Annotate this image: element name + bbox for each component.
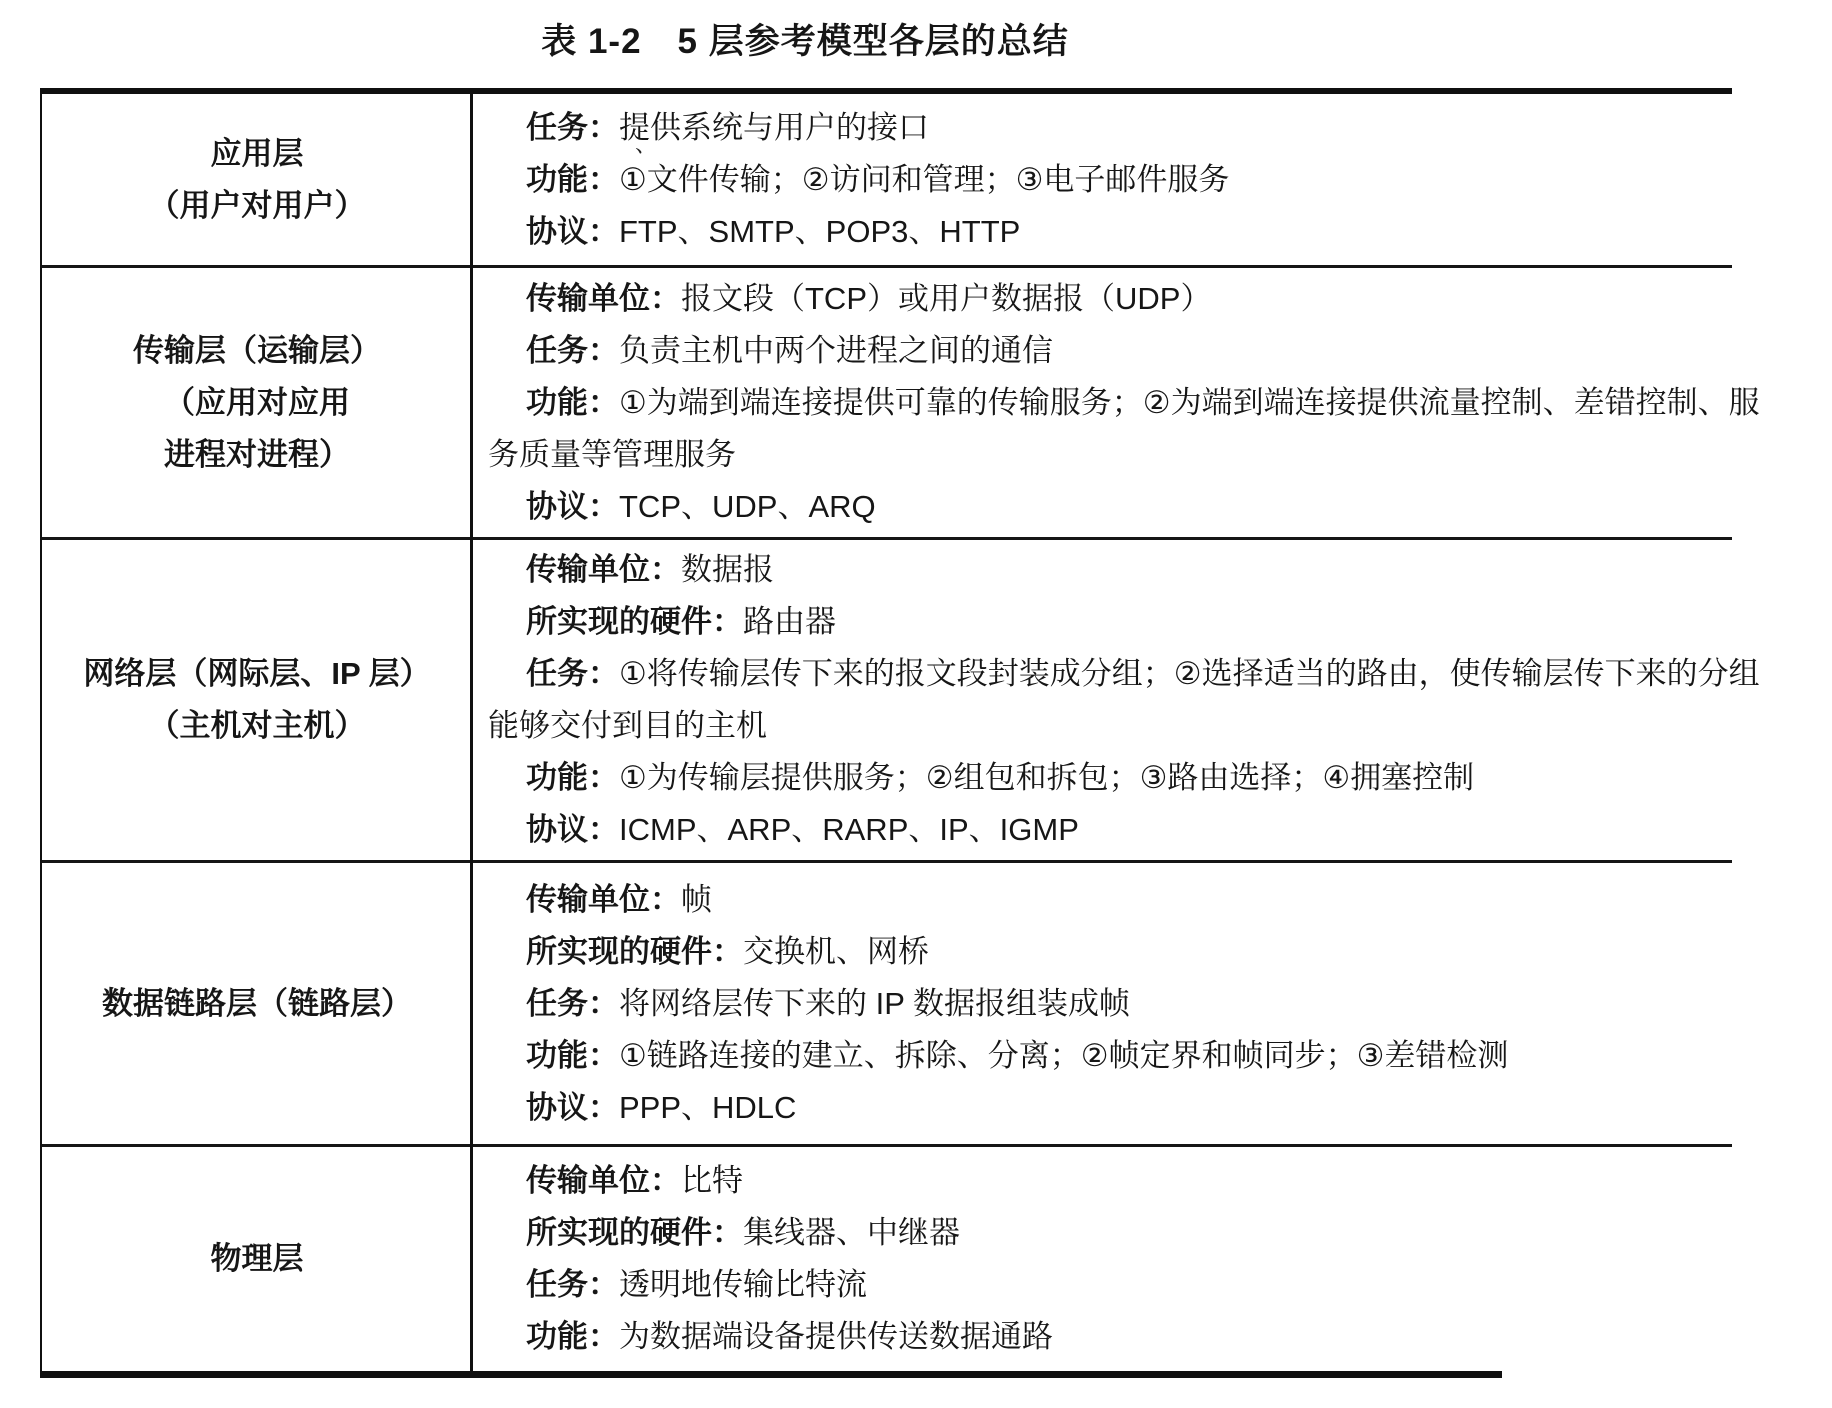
detail-text: ①文件传输；②访问和管理；③电子邮件服务 xyxy=(619,162,1229,197)
detail-line: 功能：①链路连接的建立、拆除、分离；②帧定界和帧同步；③差错检测 xyxy=(488,1030,1732,1082)
table-row-network-layer: 网络层（网际层、IP 层） （主机对主机） 传输单位：数据报 所实现的硬件：路由… xyxy=(42,540,1732,863)
detail-text: 透明地传输比特流 xyxy=(619,1267,867,1302)
detail-line: 功能：为数据端设备提供传送数据通路 xyxy=(488,1311,1732,1363)
detail-text: 帧 xyxy=(681,882,712,917)
layer-name: 传输层（运输层） xyxy=(133,325,381,377)
layer-cell: 物理层 xyxy=(42,1147,472,1371)
detail-cell: 传输单位：帧 所实现的硬件：交换机、网桥 任务：将网络层传下来的 IP 数据报组… xyxy=(472,863,1732,1144)
detail-label: 功能： xyxy=(526,1319,619,1354)
detail-cell: 传输单位：报文段（TCP）或用户数据报（UDP） 任务：负责主机中两个进程之间的… xyxy=(472,268,1732,537)
detail-text: 务质量等管理服务 xyxy=(488,437,736,472)
layer-name: 数据链路层（链路层） xyxy=(102,978,412,1030)
detail-label: 功能： xyxy=(526,385,619,420)
detail-line-continuation: 务质量等管理服务 xyxy=(488,429,1732,481)
detail-line: 任务：透明地传输比特流 xyxy=(488,1259,1732,1311)
detail-text: ICMP、ARP、RARP、IP、IGMP xyxy=(619,812,1079,847)
detail-line: 传输单位：比特 xyxy=(488,1155,1732,1207)
detail-label: 传输单位： xyxy=(526,1163,681,1198)
detail-line: 任务：负责主机中两个进程之间的通信 xyxy=(488,325,1732,377)
detail-line: 功能：①文件传输；②访问和管理；③电子邮件服务 xyxy=(488,154,1732,206)
detail-text: 数据报 xyxy=(681,552,774,587)
detail-cell: 传输单位：比特 所实现的硬件：集线器、中继器 任务：透明地传输比特流 功能：为数… xyxy=(472,1147,1732,1371)
detail-label: 任务： xyxy=(526,656,619,691)
layer-cell: 数据链路层（链路层） xyxy=(42,863,472,1144)
detail-cell: 任务：提供系统与用户的接口 功能：①文件传输；②访问和管理；③电子邮件服务 协议… xyxy=(472,94,1732,265)
layer-name: 进程对进程） xyxy=(164,429,350,481)
detail-line: 任务：将网络层传下来的 IP 数据报组装成帧 xyxy=(488,978,1732,1030)
detail-line: 所实现的硬件：交换机、网桥 xyxy=(488,926,1732,978)
detail-line: 任务：①将传输层传下来的报文段封装成分组；②选择适当的路由，使传输层传下来的分组 xyxy=(488,648,1732,700)
layer-name: （用户对用户） xyxy=(149,180,366,232)
layer-cell: 网络层（网际层、IP 层） （主机对主机） xyxy=(42,540,472,860)
detail-line: 任务：提供系统与用户的接口 xyxy=(488,102,1732,154)
detail-label: 任务： xyxy=(526,333,619,368)
detail-label: 所实现的硬件： xyxy=(526,1215,743,1250)
detail-label: 功能： xyxy=(526,1038,619,1073)
table-row-transport-layer: 传输层（运输层） （应用对应用 进程对进程） 传输单位：报文段（TCP）或用户数… xyxy=(42,268,1732,540)
detail-label: 传输单位： xyxy=(526,552,681,587)
detail-text: 能够交付到目的主机 xyxy=(488,708,767,743)
detail-label: 协议： xyxy=(526,214,619,249)
detail-text: 集线器、中继器 xyxy=(743,1215,960,1250)
table-row-application-layer: 应用层 （用户对用户） 任务：提供系统与用户的接口 功能：①文件传输；②访问和管… xyxy=(42,94,1732,268)
detail-label: 协议： xyxy=(526,489,619,524)
detail-label: 任务： xyxy=(526,1267,619,1302)
table-bottom-border xyxy=(40,1371,1502,1378)
detail-line-continuation: 能够交付到目的主机 xyxy=(488,700,1732,752)
detail-label: 功能： xyxy=(526,760,619,795)
layer-name: 网络层（网际层、IP 层） xyxy=(83,648,430,700)
layer-cell: 传输层（运输层） （应用对应用 进程对进程） xyxy=(42,268,472,537)
layer-name: 物理层 xyxy=(211,1233,304,1285)
layer-name: 应用层 xyxy=(211,128,304,180)
detail-label: 功能： xyxy=(526,162,619,197)
table-row-datalink-layer: 数据链路层（链路层） 传输单位：帧 所实现的硬件：交换机、网桥 任务：将网络层传… xyxy=(42,863,1732,1147)
detail-line: 所实现的硬件：集线器、中继器 xyxy=(488,1207,1732,1259)
layer-cell: 应用层 （用户对用户） xyxy=(42,94,472,265)
detail-line: 传输单位：数据报 xyxy=(488,544,1732,596)
detail-text: 交换机、网桥 xyxy=(743,934,929,969)
detail-line: 所实现的硬件：路由器 xyxy=(488,596,1732,648)
detail-text: ①为端到端连接提供可靠的传输服务；②为端到端连接提供流量控制、差错控制、服 xyxy=(619,385,1760,420)
detail-label: 所实现的硬件： xyxy=(526,934,743,969)
detail-text: FTP、SMTP、POP3、HTTP xyxy=(619,214,1020,249)
detail-label: 协议： xyxy=(526,812,619,847)
detail-label: 任务： xyxy=(526,986,619,1021)
detail-label: 所实现的硬件： xyxy=(526,604,743,639)
detail-text: 为数据端设备提供传送数据通路 xyxy=(619,1319,1053,1354)
detail-line: 协议：ICMP、ARP、RARP、IP、IGMP xyxy=(488,804,1732,856)
table-row-physical-layer: 物理层 传输单位：比特 所实现的硬件：集线器、中继器 任务：透明地传输比特流 功… xyxy=(42,1147,1732,1371)
detail-label: 任务： xyxy=(526,110,619,145)
detail-text: TCP、UDP、ARQ xyxy=(619,489,876,524)
detail-text: ①为传输层提供服务；②组包和拆包；③路由选择；④拥塞控制 xyxy=(619,760,1474,795)
detail-text: 负责主机中两个进程之间的通信 xyxy=(619,333,1053,368)
detail-label: 协议： xyxy=(526,1090,619,1125)
table-caption: 表 1-2 5 层参考模型各层的总结 xyxy=(0,14,1610,64)
detail-text: ①将传输层传下来的报文段封装成分组；②选择适当的路由，使传输层传下来的分组 xyxy=(619,656,1760,691)
detail-text: 提供系统与用户的接口 xyxy=(619,110,929,145)
detail-text: 比特 xyxy=(681,1163,743,1198)
detail-label: 传输单位： xyxy=(526,281,681,316)
detail-line: 传输单位：报文段（TCP）或用户数据报（UDP） xyxy=(488,273,1732,325)
detail-text: ①链路连接的建立、拆除、分离；②帧定界和帧同步；③差错检测 xyxy=(619,1038,1508,1073)
layer-name: （应用对应用 xyxy=(164,377,350,429)
detail-text: PPP、HDLC xyxy=(619,1090,796,1125)
layer-name: （主机对主机） xyxy=(149,700,366,752)
detail-cell: 传输单位：数据报 所实现的硬件：路由器 任务：①将传输层传下来的报文段封装成分组… xyxy=(472,540,1732,860)
summary-table: 应用层 （用户对用户） 任务：提供系统与用户的接口 功能：①文件传输；②访问和管… xyxy=(40,88,1732,1371)
detail-line: 功能：①为端到端连接提供可靠的传输服务；②为端到端连接提供流量控制、差错控制、服 xyxy=(488,377,1732,429)
detail-text: 将网络层传下来的 IP 数据报组装成帧 xyxy=(619,986,1130,1021)
detail-line: 协议：TCP、UDP、ARQ xyxy=(488,481,1732,533)
document-page: 表 1-2 5 层参考模型各层的总结 、 应用层 （用户对用户） 任务：提供系统… xyxy=(0,0,1832,1408)
detail-label: 传输单位： xyxy=(526,882,681,917)
detail-line: 协议：FTP、SMTP、POP3、HTTP xyxy=(488,206,1732,258)
detail-text: 路由器 xyxy=(743,604,836,639)
column-divider xyxy=(470,94,473,1371)
detail-line: 功能：①为传输层提供服务；②组包和拆包；③路由选择；④拥塞控制 xyxy=(488,752,1732,804)
detail-text: 报文段（TCP）或用户数据报（UDP） xyxy=(681,281,1211,316)
detail-line: 协议：PPP、HDLC xyxy=(488,1082,1732,1134)
detail-line: 传输单位：帧 xyxy=(488,874,1732,926)
